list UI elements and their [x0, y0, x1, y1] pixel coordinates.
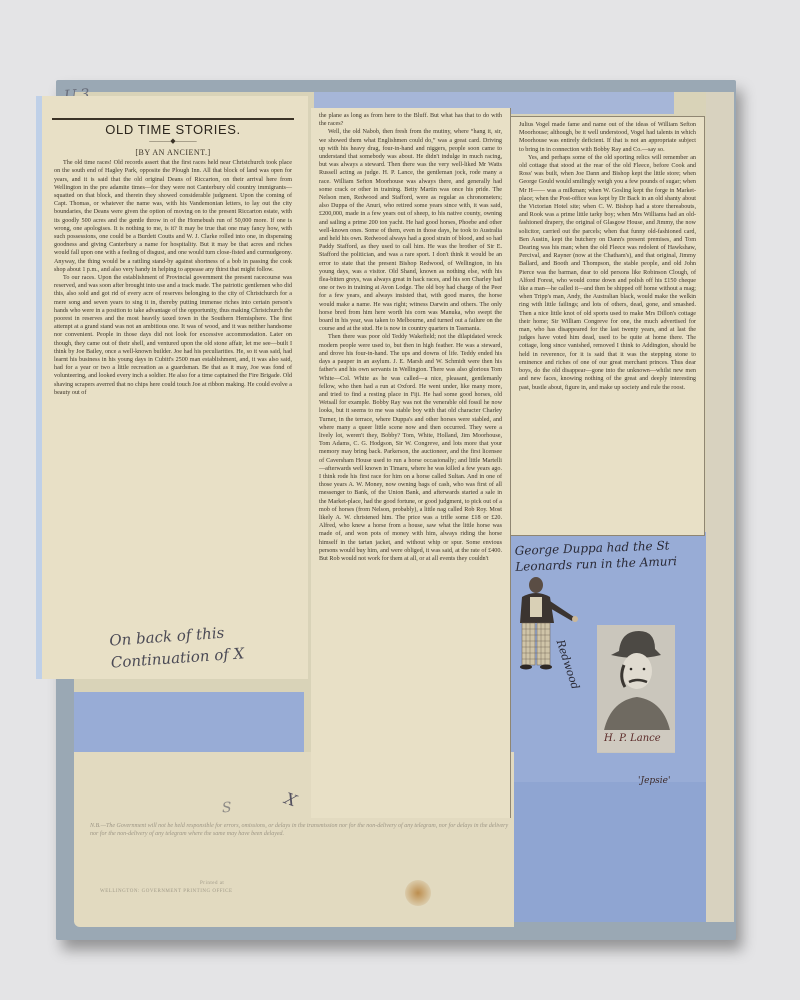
- bowler-hat-portrait-illustration: [597, 625, 675, 735]
- foxing-stain: [405, 880, 431, 906]
- label-portrait: H. P. Lance: [604, 733, 661, 744]
- blue-mount-left: [74, 692, 304, 757]
- imprint-label: Printed at: [100, 880, 400, 888]
- ornament-divider: ———◆———: [54, 138, 292, 145]
- ink-note-duppa: George Duppa had the St Leonards run in …: [514, 537, 677, 575]
- paragraph: Then there was poor old Teddy Wakefield;…: [319, 333, 502, 563]
- pencil-note-left: On back of this Continuation of X: [109, 620, 245, 673]
- paragraph: the plane as long as from here to the Bl…: [319, 112, 502, 128]
- paragraph: To our races. Upon the establishment of …: [54, 274, 292, 397]
- title-rule: [52, 118, 294, 120]
- article-byline: [BY AN ANCIENT.]: [54, 147, 292, 158]
- paragraph: The old time races! Old records assert t…: [54, 159, 292, 274]
- clipping-column-2: the plane as long as from here to the Bl…: [311, 108, 511, 818]
- blue-mount-lower-right: [494, 782, 729, 922]
- redwood-caricature-illustration: [510, 575, 590, 675]
- paragraph: Yes, and perhaps some of the old sportin…: [519, 154, 696, 392]
- paragraph: Julius Vogel made fame and name out of t…: [519, 121, 696, 154]
- right-edge-strip: [706, 92, 734, 922]
- imprint-text: WELLINGTON: GOVERNMENT PRINTING OFFICE: [100, 888, 400, 896]
- article-title: OLD TIME STORIES.: [54, 126, 292, 134]
- pencil-mark-s: S: [221, 800, 232, 817]
- paragraph: Well, the old Nabob, then fresh from the…: [319, 128, 502, 333]
- clipping-column-1: OLD TIME STORIES. ———◆——— [BY AN ANCIENT…: [36, 96, 308, 679]
- telegram-notice: N.B.—The Government will not be held res…: [90, 822, 510, 838]
- telegram-imprint: Printed at WELLINGTON: GOVERNMENT PRINTI…: [100, 880, 400, 896]
- label-portrait-sub: 'Jepsie': [638, 776, 670, 786]
- clipping-column-3: Julius Vogel made fame and name out of t…: [510, 116, 705, 536]
